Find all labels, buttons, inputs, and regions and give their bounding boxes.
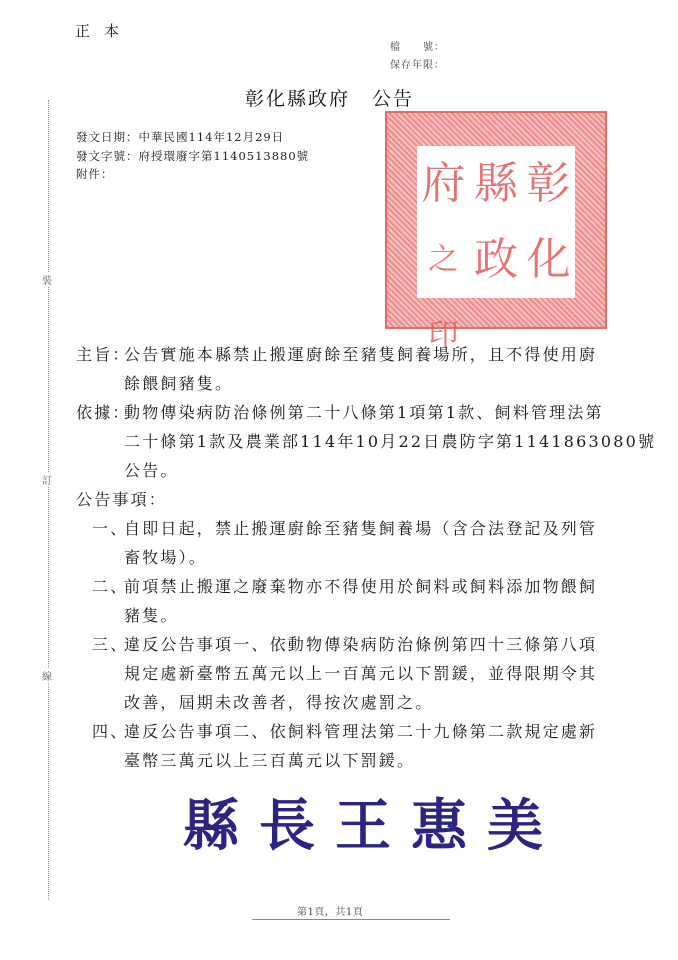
footer-divider bbox=[252, 919, 450, 920]
seal-glyph: 彰 bbox=[522, 146, 575, 222]
item-line: 前項禁止搬運之廢棄物亦不得使用於飼料或飼料添加物餵飼 bbox=[124, 572, 597, 601]
item-number: 四、 bbox=[92, 717, 128, 746]
ref-no-label: 發文字號： bbox=[76, 149, 139, 163]
seal-glyph: 府 bbox=[417, 146, 470, 222]
item-number: 一、 bbox=[92, 514, 128, 543]
item-line: 違反公告事項二、依飼料管理法第二十九條第二款規定處新 bbox=[124, 717, 597, 746]
binding-margin-line bbox=[48, 100, 49, 900]
seal-glyph: 縣 bbox=[470, 146, 523, 222]
items-label: 公告事項： bbox=[76, 485, 167, 514]
reference-number: 發文字號：府授環廢字第1140513880號 bbox=[76, 148, 309, 164]
magistrate-signature: 縣長王惠美 bbox=[183, 782, 563, 862]
item-number: 二、 bbox=[92, 572, 128, 601]
issue-date-label: 發文日期： bbox=[76, 130, 139, 144]
title-type: 公告 bbox=[372, 88, 414, 110]
page-footer: 第1頁，共1頁 bbox=[297, 903, 363, 918]
issue-date-value: 中華民國114年12月29日 bbox=[139, 130, 285, 144]
issue-date: 發文日期：中華民國114年12月29日 bbox=[76, 129, 284, 145]
item-line: 改善，屆期未改善者，得按次處罰之。 bbox=[124, 688, 433, 717]
document-title: 彰化縣政府公告 bbox=[245, 84, 414, 111]
copy-type-label: 正本 bbox=[75, 20, 133, 41]
subject-line: 餘餵飼豬隻。 bbox=[124, 369, 233, 398]
seal-glyphs: 府 縣 彰 之印 政 化 bbox=[417, 146, 575, 298]
file-number-label: 檔 號： bbox=[390, 38, 445, 53]
item-line: 畜牧場）。 bbox=[124, 543, 207, 572]
item-line: 規定處新臺幣五萬元以上一百萬元以下罰鍰，並得限期令其 bbox=[124, 659, 597, 688]
subject-label: 主旨： bbox=[76, 340, 131, 369]
basis-line: 公告。 bbox=[124, 456, 179, 485]
item-line: 自即日起，禁止搬運廚餘至豬隻飼養場（含合法登記及列管 bbox=[124, 514, 597, 543]
attachment-label: 附件： bbox=[76, 166, 114, 182]
basis-line: 動物傳染病防治條例第二十八條第1項第1款、飼料管理法第 bbox=[124, 398, 604, 427]
basis-line: 二十條第1款及農業部114年10月22日農防字第1141863080號 bbox=[124, 427, 656, 456]
seal-inner: 府 縣 彰 之印 政 化 bbox=[417, 146, 575, 298]
binding-char-ding: 訂 bbox=[42, 472, 52, 487]
item-number: 三、 bbox=[92, 630, 128, 659]
ref-no-value: 府授環廢字第1140513880號 bbox=[139, 149, 310, 163]
subject-line: 公告實施本縣禁止搬運廚餘至豬隻飼養場所，且不得使用廚 bbox=[124, 340, 597, 369]
binding-char-zhuang: 裝 bbox=[42, 272, 52, 287]
title-org: 彰化縣政府 bbox=[245, 88, 350, 110]
retention-period-label: 保存年限： bbox=[390, 56, 445, 71]
item-line: 豬隻。 bbox=[124, 601, 179, 630]
official-seal-icon: 府 縣 彰 之印 政 化 bbox=[385, 111, 607, 329]
item-line: 違反公告事項一、依動物傳染病防治條例第四十三條第八項 bbox=[124, 630, 597, 659]
binding-char-xian: 線 bbox=[42, 668, 52, 683]
basis-label: 依據： bbox=[76, 398, 131, 427]
item-line: 臺幣三萬元以上三百萬元以下罰鍰。 bbox=[124, 746, 415, 775]
